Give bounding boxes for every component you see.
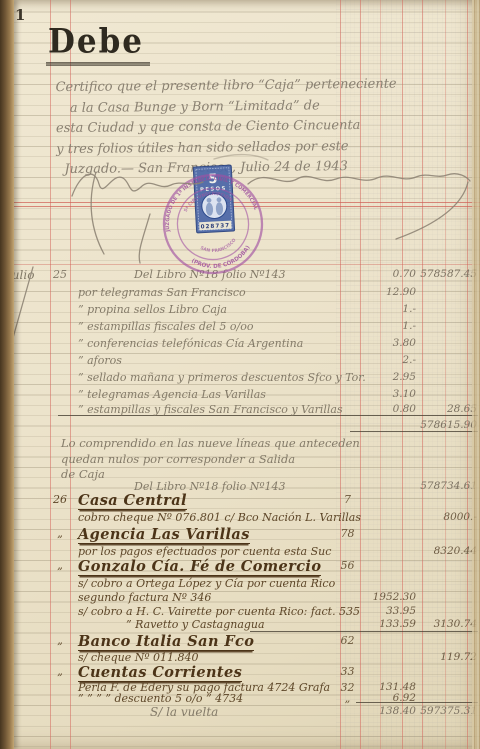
account-heading-row: „ „ Cuentas Corrientes 33 — [0, 665, 480, 681]
amount-minor: 3.10 — [350, 388, 416, 400]
amount-major: 578734.61 — [419, 480, 477, 492]
amount-total: 578615.90 — [419, 419, 477, 431]
court-stamp: 5 PESOS 028737 JUZGADO DE 1ª INSTANCIA C… — [150, 156, 280, 282]
account-name: Casa Central — [78, 493, 187, 510]
amount-major: 3130.74 — [419, 618, 477, 630]
folio-number: 56 — [335, 559, 360, 572]
svg-text:SAN FRANCISCO: SAN FRANCISCO — [198, 236, 239, 258]
amount-minor: 2.- — [350, 354, 416, 366]
stamp-inner-bottom-text: SAN FRANCISCO — [198, 236, 239, 258]
ledger-row: cobro cheque Nº 076.801 c/ Bco Nación L.… — [0, 511, 480, 527]
amount-minor: 6.92 — [350, 692, 416, 704]
amount-minor: 12.90 — [350, 286, 416, 298]
account-heading-row: „ „ Banco Italia San Fco 62 — [0, 634, 480, 650]
entry-description: ” propina sellos Libro Caja — [78, 303, 227, 316]
entry-description: s/ cobro a Ortega López y Cía por cuenta… — [78, 577, 335, 590]
entry-description: por los pagos efectuados por cuenta esta… — [78, 545, 331, 558]
entry-day: 25 — [49, 268, 71, 281]
page-fore-edge — [472, 0, 480, 749]
ledger-row: ” estampillas fiscales del 5 o/oo 1.- — [0, 320, 480, 336]
entry-description: ” telegramas Agencia Las Varillas — [78, 388, 266, 401]
entry-description: ” aforos — [78, 354, 122, 367]
page-number: 1 — [15, 6, 25, 24]
entry-description: ” ” ” ” descuento 5 o/o ” 4734 — [78, 692, 243, 705]
entry-day: „ — [49, 665, 71, 678]
entry-day: 26 — [49, 493, 71, 506]
ledger-row: ” sellado mañana y primeros descuentos S… — [0, 371, 480, 387]
amount-minor: 0.70 — [350, 268, 416, 280]
ledger-row: ” aforos 2.- — [0, 354, 480, 370]
amount-minor: 3.80 — [350, 337, 416, 349]
entry-description: s/ cobro a H. C. Vairette por cuenta Ric… — [78, 605, 360, 618]
amount-major: 28.65 — [419, 403, 477, 415]
account-name: Gonzalo Cía. Fé de Comercio — [78, 559, 321, 576]
entry-description: segundo factura Nº 346 — [78, 591, 211, 604]
ledger-row: ” Ravetto y Castagnagua 133.59 3130.74 — [0, 618, 480, 634]
folio-number: 78 — [335, 527, 360, 540]
amount-major: 119.72 — [419, 651, 477, 663]
amount-minor: 1.- — [350, 303, 416, 315]
account-heading-row: „ „ Agencia Las Varillas 78 — [0, 527, 480, 543]
ledger-row: ” propina sellos Libro Caja 1.- — [0, 303, 480, 319]
folio-number: 33 — [335, 665, 360, 678]
entry-description: ” sellado mañana y primeros descuentos S… — [78, 371, 366, 384]
entry-day: „ — [49, 559, 71, 572]
book-spine — [0, 0, 14, 749]
ledger-row: ” conferencias telefónicas Cía Argentina… — [0, 337, 480, 353]
amount-minor: 138.40 — [350, 705, 416, 717]
ledger-note-row: Lo comprendido en las nueve líneas que a… — [0, 436, 480, 452]
amount-minor: 1.- — [350, 320, 416, 332]
entry-description: por telegramas San Francisco — [78, 286, 246, 299]
account-heading-row: „ 26 Casa Central 7 — [0, 493, 480, 509]
ledger-row: por telegramas San Francisco 12.90 — [0, 286, 480, 302]
note-text: de Caja — [61, 467, 105, 481]
amount-major: 597375.31 — [419, 705, 477, 717]
amount-minor: 0.80 — [350, 403, 416, 415]
page-heading-debe: Debe — [46, 22, 150, 65]
account-name: Agencia Las Varillas — [78, 527, 250, 544]
entry-description: s/ cheque Nº 011.840 — [78, 651, 199, 664]
ledger-row: ” estampillas y fiscales San Francisco y… — [0, 403, 480, 419]
ledger-total-row: 578615.90 — [0, 419, 480, 435]
entry-description: ” estampillas y fiscales San Francisco y… — [78, 403, 343, 416]
note-text: quedan nulos por corresponder a Salida — [61, 452, 295, 466]
ledger-scan-page: { "page": { "number": "1", "heading": "D… — [0, 0, 480, 749]
account-name: Cuentas Corrientes — [78, 665, 242, 682]
amount-major: 8320.44 — [419, 545, 477, 557]
ledger-row: ” telegramas Agencia Las Varillas 3.10 — [0, 388, 480, 404]
entry-description: ” estampillas fiscales del 5 o/oo — [78, 320, 253, 333]
note-text: Lo comprendido en las nueve líneas que a… — [61, 436, 360, 450]
account-name: Banco Italia San Fco — [78, 634, 254, 651]
entry-day: „ — [49, 634, 71, 647]
amount-minor: 133.59 — [350, 618, 416, 630]
carry-forward-row: S/ la vuelta 138.40 597375.31 — [0, 705, 480, 721]
entry-description: cobro cheque Nº 076.801 c/ Bco Nación L.… — [78, 511, 361, 524]
entry-description: ” conferencias telefónicas Cía Argentina — [78, 337, 303, 350]
folio-number: 7 — [335, 493, 360, 506]
carry-forward-label: S/ la vuelta — [150, 705, 218, 719]
amount-minor: 2.95 — [350, 371, 416, 383]
amount-major: 578587.45 — [419, 268, 477, 280]
entry-day: „ — [49, 527, 71, 540]
amount-minor: 33.95 — [350, 605, 416, 617]
amount-minor: 1952.30 — [350, 591, 416, 603]
account-heading-row: „ „ Gonzalo Cía. Fé de Comercio 56 — [0, 559, 480, 575]
amount-major: 8000.- — [419, 511, 477, 523]
ledger-note-row: quedan nulos por corresponder a Salida — [0, 452, 480, 468]
folio-number: 62 — [335, 634, 360, 647]
entry-description: ” Ravetto y Castagnagua — [126, 618, 265, 631]
